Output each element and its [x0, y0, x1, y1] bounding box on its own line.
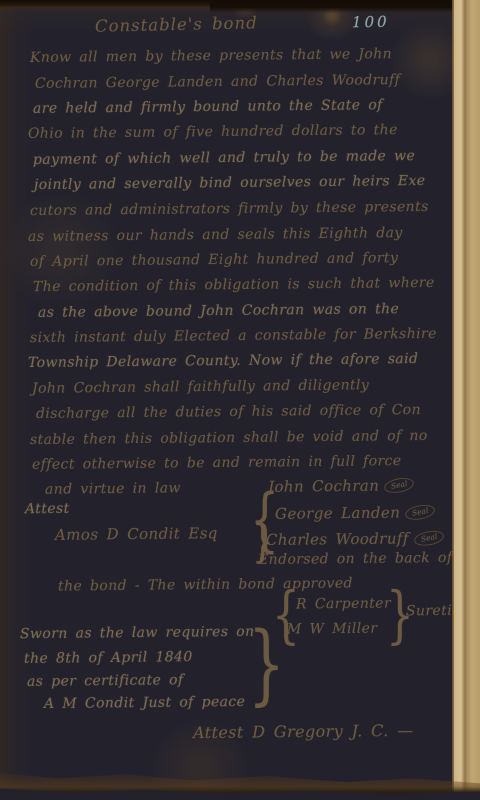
manuscript-line: as the above bound John Cochran was on t… — [38, 301, 399, 321]
manuscript-line: John Cochran shall faithfully and dilige… — [32, 377, 369, 397]
manuscript-line: sixth instant duly Elected a constable f… — [30, 326, 437, 346]
manuscript-line: Cochran George Landen and Charles Woodru… — [35, 72, 400, 92]
scanned-ledger-photo: Constable's bond 100 Know all men by the… — [0, 0, 480, 800]
document-title: Constable's bond — [95, 13, 258, 35]
attest-name: Amos D Condit Esq — [55, 524, 218, 544]
signature-row: John Cochran Seal — [268, 476, 415, 496]
ledger-page: Constable's bond 100 Know all men by the… — [0, 0, 480, 800]
manuscript-line: stable then this obligation shall be voi… — [30, 428, 428, 448]
manuscript-line: are held and firmly bound unto the State… — [33, 97, 383, 117]
sworn-line: the 8th of April 1840 — [24, 649, 193, 667]
surety-name: R Carpenter — [296, 596, 391, 613]
clerk-attest-signature: Attest D Gregory J. C. — — [193, 721, 414, 742]
seal-stamp: Seal — [413, 529, 446, 548]
attest-label: Attest — [25, 501, 70, 517]
manuscript-line: The condition of this obligation is such… — [33, 275, 435, 295]
book-top-edge-shadow — [210, 0, 480, 13]
signature-name: George Landen — [275, 504, 400, 523]
manuscript-line: of April one thousand Eight hundred and … — [30, 250, 398, 270]
surety-name: M W Miller — [287, 621, 378, 638]
manuscript-line: Ohio in the sum of five hundred dollars … — [28, 122, 398, 142]
manuscript-line: effect otherwise to be and remain in ful… — [32, 453, 402, 473]
manuscript-line: Township Delaware County. Now if the afo… — [28, 351, 419, 371]
manuscript-line: as witness our hands and seals this Eigh… — [28, 225, 403, 245]
signature-name: John Cochran — [268, 477, 379, 496]
manuscript-line: jointly and severally bind ourselves our… — [34, 173, 426, 193]
signature-name: Charles Woodruff — [266, 529, 409, 548]
sworn-line: Sworn as the law requires on — [20, 624, 255, 642]
signature-row: George Landen Seal — [275, 503, 436, 523]
sworn-line: as per certificate of — [27, 672, 184, 690]
page-number: 100 — [352, 13, 390, 31]
closing-phrase: and virtue in law — [45, 480, 181, 497]
sworn-brace: } — [248, 613, 285, 715]
adjacent-page-edge — [452, 0, 480, 800]
manuscript-line: Know all men by these presents that we J… — [30, 46, 392, 66]
endorsement-line: the bond - The within bond approved — [58, 575, 353, 594]
manuscript-line: cutors and administrators firmly by thes… — [30, 199, 429, 219]
endorsement-line: Endorsed on the back of — [258, 550, 453, 568]
seal-stamp: Seal — [404, 503, 437, 522]
manuscript-line: payment of which well and truly to be ma… — [33, 148, 415, 168]
sworn-line: A M Condit Just of peace — [44, 694, 245, 712]
signature-row: Charles Woodruff Seal — [266, 529, 444, 549]
seal-stamp: Seal — [383, 476, 416, 495]
manuscript-line: discharge all the duties of his said off… — [36, 402, 421, 422]
